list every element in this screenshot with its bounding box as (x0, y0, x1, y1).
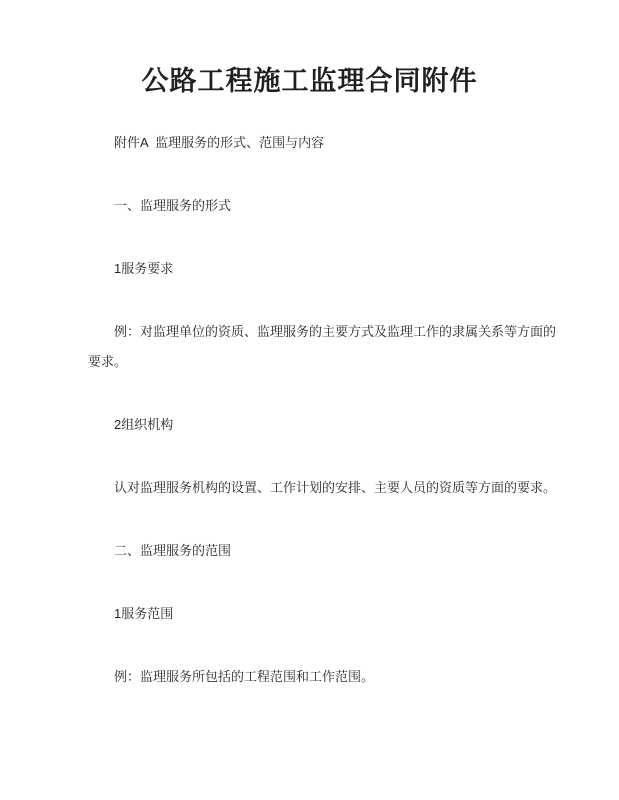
paragraph-service-requirement-example: 例：对监理单位的资质、监理服务的主要方式及监理工作的隶属关系等方面的要求。 (88, 317, 566, 377)
document-title: 公路工程施工监理合同附件 (53, 64, 566, 98)
paragraph-organization-heading: 2组织机构 (88, 410, 566, 440)
paragraph-service-scope-example: 例：监理服务所包括的工程范围和工作范围。 (88, 662, 566, 692)
document-page: 公路工程施工监理合同附件 附件A 监理服务的形式、范围与内容 一、监理服务的形式… (0, 0, 619, 800)
paragraph-section-one-heading: 一、监理服务的形式 (88, 191, 566, 221)
paragraph-service-requirement-heading: 1服务要求 (88, 254, 566, 284)
document-body: 附件A 监理服务的形式、范围与内容 一、监理服务的形式 1服务要求 例：对监理单… (88, 128, 566, 692)
paragraph-service-scope-heading: 1服务范围 (88, 599, 566, 629)
paragraph-attachment-heading: 附件A 监理服务的形式、范围与内容 (88, 128, 566, 158)
paragraph-section-two-heading: 二、监理服务的范围 (88, 536, 566, 566)
paragraph-organization-example: 认对监理服务机构的设置、工作计划的安排、主要人员的资质等方面的要求。 (88, 473, 566, 503)
